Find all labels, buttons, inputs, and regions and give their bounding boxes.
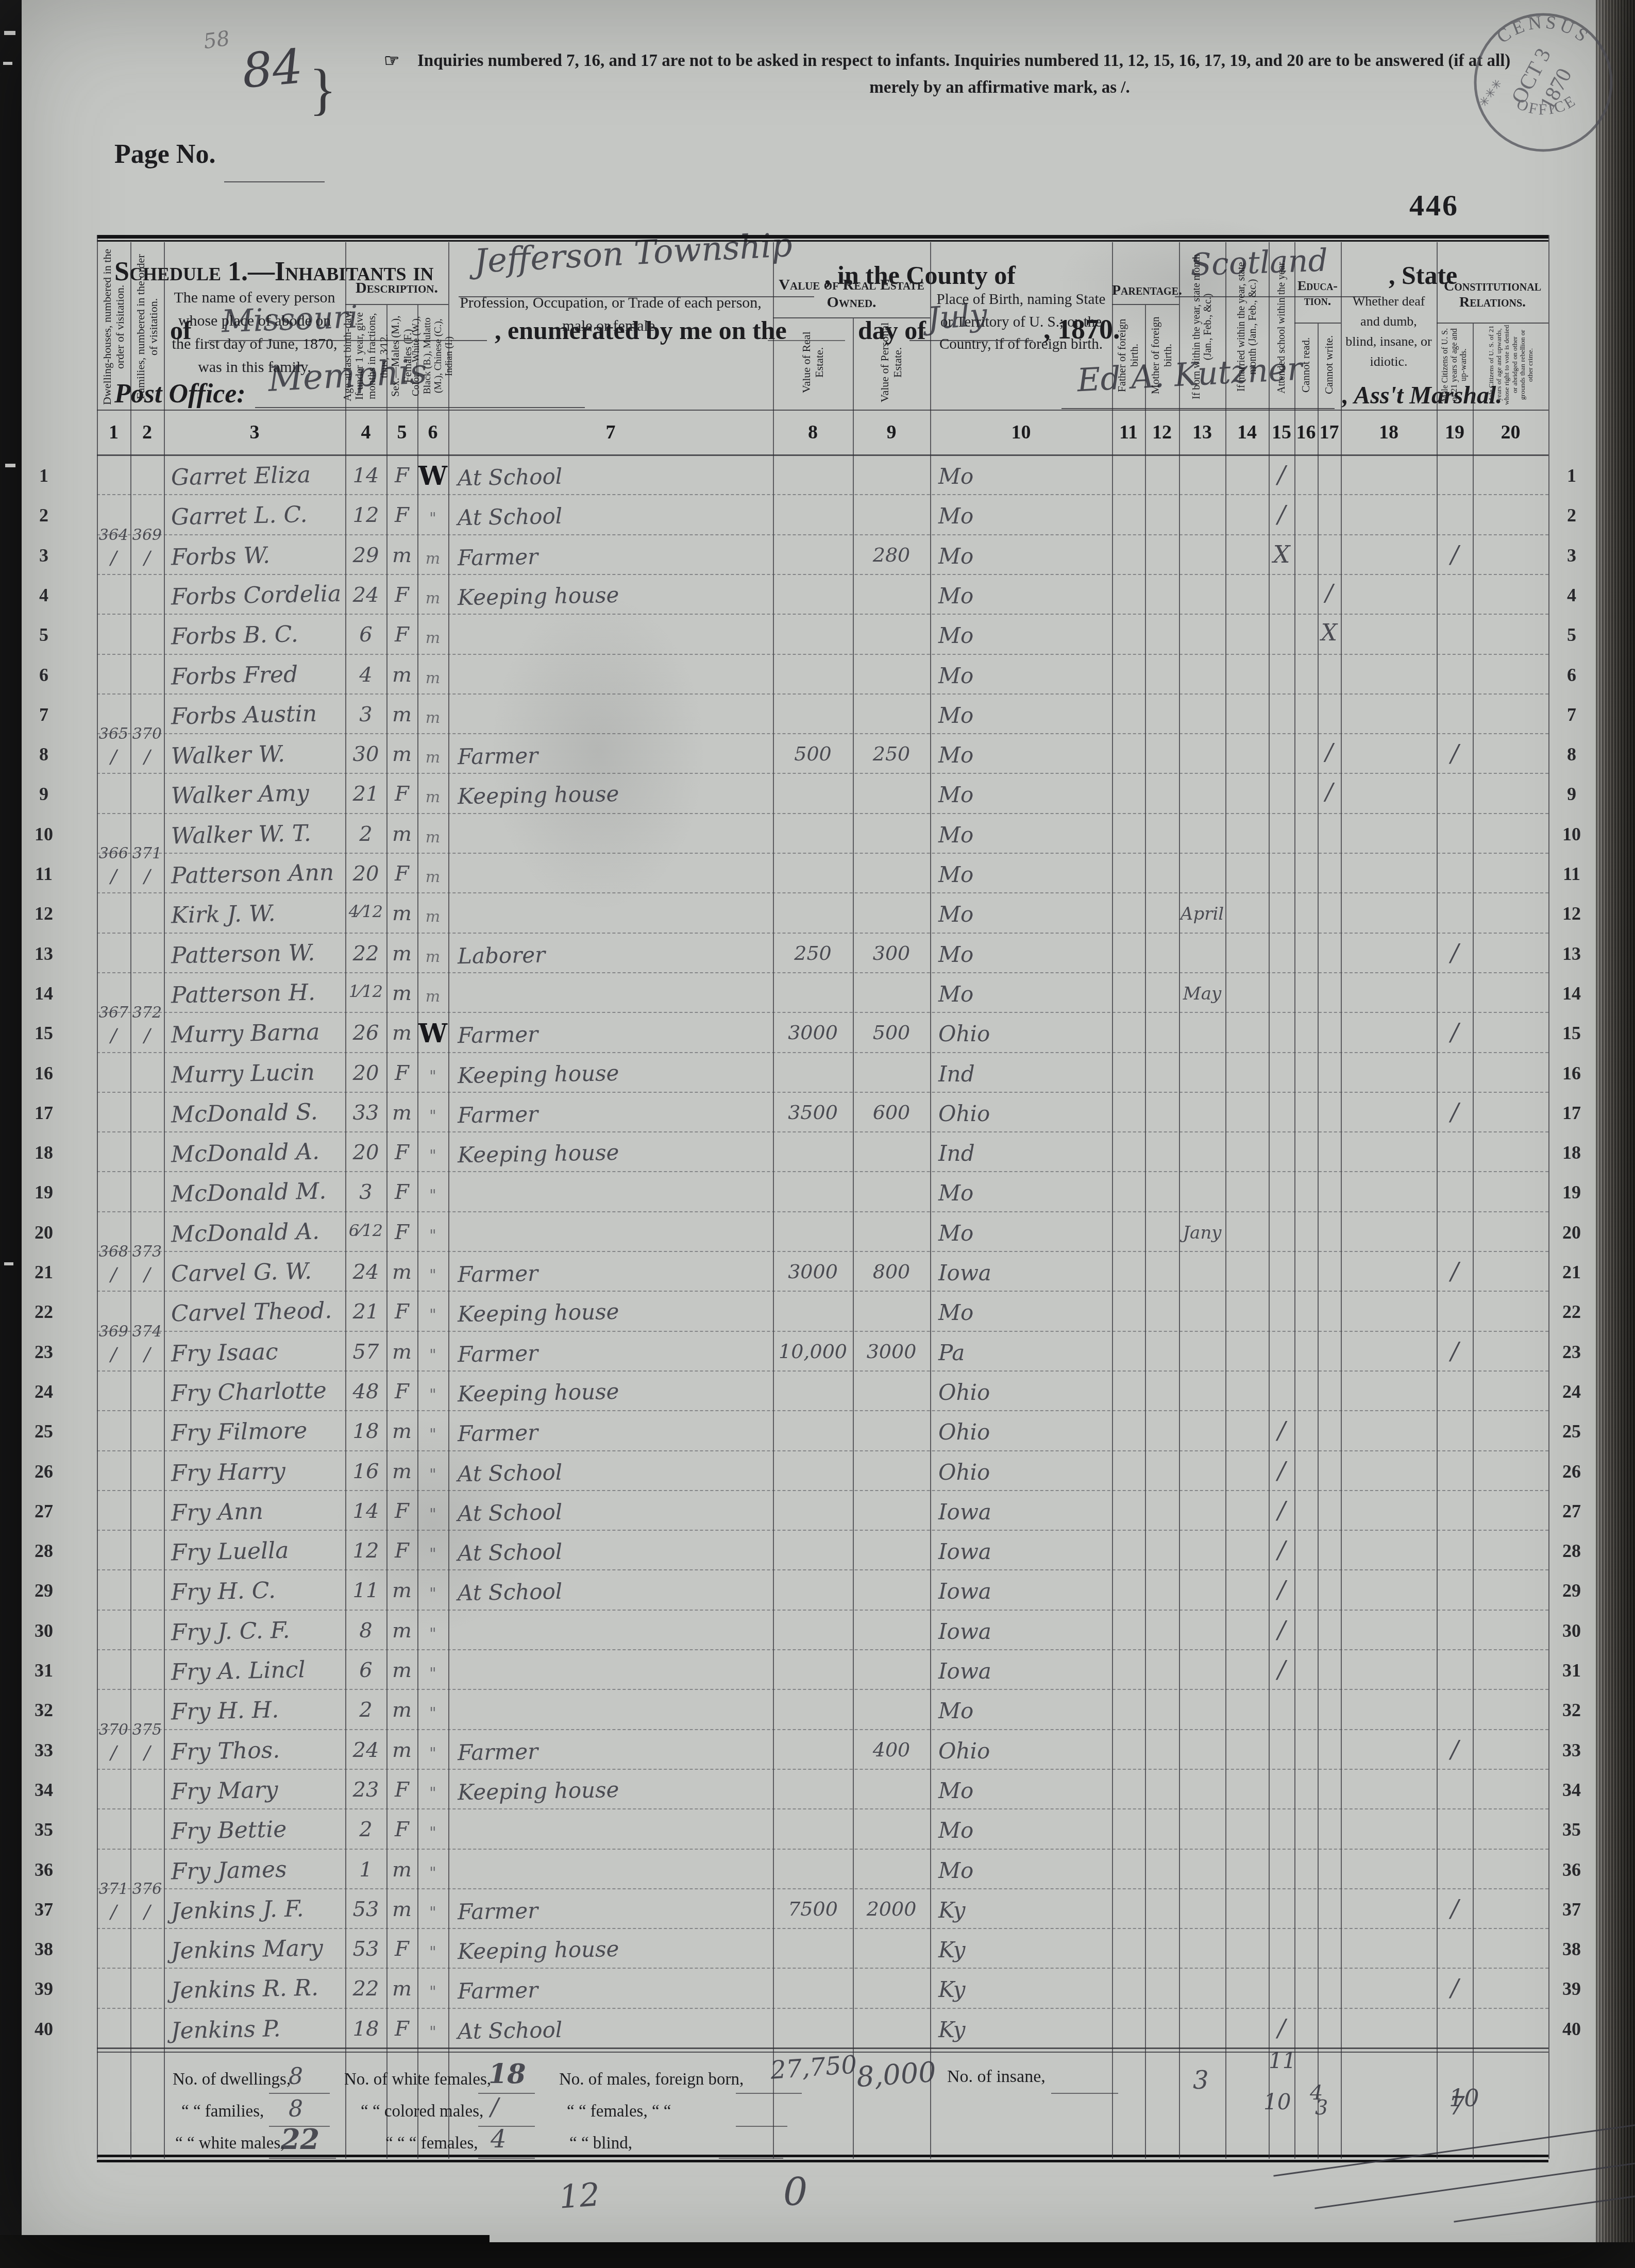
row-30-birthplace: Iowa	[930, 1619, 1120, 1644]
row-number-right-19: 19	[1552, 1181, 1591, 1203]
row-28-school-mark: /	[1269, 1536, 1294, 1564]
row-number-right-35: 35	[1552, 1819, 1591, 1840]
row-3-dwelling: 364	[97, 526, 130, 544]
col-10-number: 10	[930, 421, 1112, 444]
row-17-color: "	[417, 1107, 448, 1125]
row-number-right-12: 12	[1552, 903, 1591, 924]
table-bottom-rule2	[97, 2160, 1548, 2162]
row-11-family: 371	[130, 844, 164, 862]
row-number-left-38: 38	[26, 1938, 62, 1960]
row-6-name: Forbs Fred	[164, 660, 353, 690]
row-13-age: 22	[345, 942, 386, 966]
row-separator-21	[97, 1291, 1548, 1292]
row-24-sex: F	[386, 1380, 417, 1403]
row-10-name: Walker W. T.	[164, 819, 353, 850]
row-28-age: 12	[345, 1539, 386, 1563]
row-1-color: W	[417, 461, 448, 491]
footer-white-females-label: No. of white females,	[344, 2070, 491, 2089]
row-17-name: McDonald S.	[164, 1098, 353, 1128]
row-37-birthplace: Ky	[930, 1898, 1120, 1923]
row-15-family: 372	[130, 1004, 164, 1022]
row-33-dwelling-tally: ∕	[97, 1742, 130, 1764]
row-8-color: m	[417, 749, 448, 767]
insane-blank	[1051, 2093, 1118, 2094]
row-8-family-tally: ∕	[130, 747, 164, 768]
row-30-sex: m	[386, 1619, 417, 1643]
row-38-color: "	[417, 1943, 448, 1961]
row-separator-11	[97, 892, 1548, 893]
row-24-birthplace: Ohio	[930, 1380, 1120, 1405]
row-20-sex: F	[386, 1221, 417, 1244]
row-number-right-4: 4	[1552, 584, 1591, 606]
row-37-dwelling: 371	[97, 1880, 130, 1898]
row-3-dwelling-tally: ∕	[97, 548, 130, 569]
row-26-color: "	[417, 1466, 448, 1484]
personal-estate-total: 8,000	[855, 2056, 937, 2094]
row-27-occupation: At School	[448, 1495, 783, 1526]
row-number-right-30: 30	[1552, 1620, 1591, 1641]
row-number-right-31: 31	[1552, 1660, 1591, 1681]
row-separator-36	[97, 1888, 1548, 1889]
row-13-real-estate: 250	[773, 942, 853, 964]
row-25-school-mark: /	[1269, 1416, 1294, 1444]
row-9-cannot-write-mark: /	[1318, 779, 1341, 805]
row-31-school-mark: /	[1269, 1655, 1294, 1683]
footer-males-foreign-label: No. of males, foreign born,	[559, 2070, 744, 2089]
row-separator-31	[97, 1689, 1548, 1690]
col-15-number: 15	[1269, 421, 1294, 444]
row-number-left-8: 8	[26, 743, 62, 765]
col-6-header: Color.—White (W.), Black (B.), Mulatto (…	[418, 307, 448, 405]
row-3-citizen-mark: /	[1437, 540, 1473, 568]
row-27-school-mark: /	[1269, 1496, 1294, 1524]
row-22-sex: F	[386, 1300, 417, 1324]
row-31-name: Fry A. Lincl	[164, 1655, 353, 1686]
row-number-right-11: 11	[1552, 863, 1591, 885]
row-23-name: Fry Isaac	[164, 1337, 353, 1367]
row-27-sex: F	[386, 1499, 417, 1523]
row-3-family-tally: ∕	[130, 548, 164, 569]
col-18-header: Whether deaf and dumb, blind, insane, or…	[1344, 291, 1434, 371]
row-39-age: 22	[345, 1977, 386, 2001]
row-number-right-5: 5	[1552, 624, 1591, 646]
row-11-sex: F	[386, 862, 417, 886]
row-14-sex: m	[386, 981, 417, 1005]
col-13-header: If born within the year, state month (Ja…	[1179, 248, 1225, 405]
row-28-name: Fry Luella	[164, 1536, 353, 1566]
row-11-dwelling: 366	[97, 844, 130, 862]
total-col15: 10	[1263, 2089, 1291, 2114]
row-3-personal-estate: 280	[853, 544, 930, 566]
row-29-birthplace: Iowa	[930, 1579, 1120, 1604]
row-number-right-36: 36	[1552, 1859, 1591, 1881]
row-separator-27	[97, 1530, 1548, 1531]
row-33-name: Fry Thos.	[164, 1735, 353, 1766]
row-22-age: 21	[345, 1300, 386, 1324]
footer-blind-label: “ “ blind,	[569, 2134, 632, 2153]
row-13-sex: m	[386, 942, 417, 966]
bottom-note-right: 0	[783, 2170, 807, 2214]
row-39-name: Jenkins R. R.	[164, 1974, 353, 2005]
row-21-dwelling: 368	[97, 1243, 130, 1261]
row-28-occupation: At School	[448, 1535, 783, 1566]
row-35-birthplace: Mo	[930, 1818, 1120, 1843]
group-underline-parentage	[1112, 304, 1179, 305]
row-8-name: Walker W.	[164, 739, 353, 770]
row-separator-10	[97, 853, 1548, 854]
row-number-right-15: 15	[1552, 1022, 1591, 1044]
row-28-color: "	[417, 1545, 448, 1563]
col-4-header: Age at last birth-day. If under 1 year, …	[346, 307, 386, 405]
row-separator-12	[97, 933, 1548, 934]
row-23-occupation: Farmer	[448, 1336, 783, 1367]
row-21-real-estate: 3000	[773, 1260, 853, 1283]
row-number-right-29: 29	[1552, 1580, 1591, 1601]
group-header-education: Educa- tion.	[1294, 278, 1341, 308]
row-1-school-mark: /	[1269, 461, 1294, 488]
row-34-age: 23	[345, 1778, 386, 1802]
table-top-rule	[97, 235, 1548, 239]
row-23-age: 57	[345, 1340, 386, 1364]
row-16-sex: F	[386, 1061, 417, 1085]
col-3-number: 3	[164, 421, 345, 444]
row-separator-5	[97, 654, 1548, 655]
row-number-right-37: 37	[1552, 1899, 1591, 1920]
row-14-born-month: May	[1179, 984, 1225, 1004]
row-number-left-31: 31	[26, 1660, 62, 1681]
col-14-header: If married within the year, state month …	[1226, 248, 1268, 405]
row-35-age: 2	[345, 1818, 386, 1841]
row-22-birthplace: Mo	[930, 1300, 1120, 1325]
footer-white-males-label: “ “ white males,	[175, 2134, 285, 2153]
row-16-occupation: Keeping house	[448, 1057, 783, 1088]
row-2-name: Garret L. C.	[164, 500, 353, 531]
group-underline-education	[1294, 323, 1341, 324]
row-28-birthplace: Iowa	[930, 1539, 1120, 1564]
row-24-age: 48	[345, 1380, 386, 1403]
row-33-citizen-mark: /	[1437, 1735, 1473, 1763]
row-number-left-7: 7	[26, 704, 62, 725]
col-2-number: 2	[130, 421, 164, 444]
row-32-birthplace: Mo	[930, 1698, 1120, 1723]
row-number-right-3: 3	[1552, 545, 1591, 566]
row-1-age: 14	[345, 464, 386, 487]
row-number-left-2: 2	[26, 504, 62, 526]
row-23-color: "	[417, 1346, 448, 1364]
row-1-occupation: At School	[448, 460, 783, 490]
row-17-birthplace: Ohio	[930, 1101, 1120, 1126]
row-15-sex: m	[386, 1021, 417, 1045]
row-11-family-tally: ∕	[130, 866, 164, 887]
row-number-left-40: 40	[26, 2018, 62, 2040]
row-number-right-10: 10	[1552, 823, 1591, 845]
row-30-name: Fry J. C. F.	[164, 1616, 353, 1646]
row-2-school-mark: /	[1269, 500, 1294, 528]
row-36-name: Fry James	[164, 1855, 353, 1885]
row-31-birthplace: Iowa	[930, 1658, 1120, 1684]
row-9-color: m	[417, 788, 448, 806]
row-4-occupation: Keeping house	[448, 579, 783, 610]
row-1-name: Garret Eliza	[164, 461, 353, 491]
row-40-occupation: At School	[448, 2013, 783, 2044]
row-3-sex: m	[386, 544, 417, 567]
row-23-birthplace: Pa	[930, 1340, 1120, 1365]
row-13-name: Patterson W.	[164, 939, 353, 969]
row-separator-15	[97, 1052, 1548, 1053]
row-31-sex: m	[386, 1658, 417, 1682]
row-separator-22	[97, 1331, 1548, 1332]
col-7-number: 7	[448, 421, 773, 444]
row-21-sex: m	[386, 1260, 417, 1284]
table-vline-14	[1269, 242, 1270, 2159]
row-15-family-tally: ∕	[130, 1025, 164, 1046]
row-6-color: m	[417, 669, 448, 687]
row-15-occupation: Farmer	[448, 1018, 783, 1048]
row-5-cannot-write-mark: X	[1318, 620, 1341, 646]
row-separator-33	[97, 1769, 1548, 1770]
row-24-occupation: Keeping house	[448, 1376, 783, 1407]
row-number-left-24: 24	[26, 1381, 62, 1402]
table-vline-7	[773, 242, 774, 2159]
row-separator-9	[97, 813, 1548, 814]
row-separator-23	[97, 1370, 1548, 1372]
row-39-color: "	[417, 1983, 448, 2001]
row-33-personal-estate: 400	[853, 1738, 930, 1761]
row-23-family-tally: ∕	[130, 1344, 164, 1365]
row-38-occupation: Keeping house	[448, 1933, 783, 1964]
row-27-name: Fry Ann	[164, 1496, 353, 1527]
table-vline-20	[1548, 235, 1549, 2159]
row-21-birthplace: Iowa	[930, 1260, 1120, 1285]
row-number-right-1: 1	[1552, 465, 1591, 486]
row-13-occupation: Laborer	[448, 938, 783, 969]
row-separator-4	[97, 614, 1548, 615]
row-separator-37	[97, 1928, 1548, 1929]
row-4-sex: F	[386, 583, 417, 607]
row-16-name: Murry Lucin	[164, 1058, 353, 1089]
row-40-color: "	[417, 2023, 448, 2041]
row-number-right-28: 28	[1552, 1540, 1591, 1562]
row-37-sex: m	[386, 1898, 417, 1921]
row-17-real-estate: 3500	[773, 1101, 853, 1124]
row-19-color: "	[417, 1187, 448, 1205]
row-27-birthplace: Iowa	[930, 1499, 1120, 1525]
row-33-family: 375	[130, 1721, 164, 1739]
row-40-age: 18	[345, 2017, 386, 2041]
row-15-dwelling-tally: ∕	[97, 1025, 130, 1046]
row-number-left-33: 33	[26, 1739, 62, 1761]
table-vline-8	[853, 318, 854, 2159]
table-vline-12	[1179, 242, 1180, 2159]
row-33-sex: m	[386, 1738, 417, 1762]
row-number-left-3: 3	[26, 545, 62, 566]
row-10-birthplace: Mo	[930, 822, 1120, 848]
table-vline-11	[1145, 305, 1146, 2159]
row-36-color: "	[417, 1864, 448, 1882]
row-separator-16	[97, 1092, 1548, 1093]
row-5-name: Forbs B. C.	[164, 620, 353, 650]
row-37-personal-estate: 2000	[853, 1898, 930, 1920]
row-3-age: 29	[345, 544, 386, 567]
row-21-age: 24	[345, 1260, 386, 1284]
row-1-birthplace: Mo	[930, 464, 1120, 489]
row-12-sex: m	[386, 902, 417, 925]
row-15-color: W	[417, 1018, 448, 1048]
row-7-sex: m	[386, 703, 417, 726]
row-number-right-40: 40	[1552, 2018, 1591, 2040]
row-number-left-18: 18	[26, 1142, 62, 1163]
row-25-age: 18	[345, 1419, 386, 1443]
row-40-birthplace: Ky	[930, 2017, 1120, 2042]
row-22-color: "	[417, 1306, 448, 1324]
footer-blank	[478, 2126, 535, 2127]
row-number-right-6: 6	[1552, 664, 1591, 686]
row-40-school-mark: /	[1269, 2014, 1294, 2042]
row-number-right-34: 34	[1552, 1779, 1591, 1801]
row-3-school-mark: X	[1269, 540, 1294, 568]
row-3-family: 369	[130, 526, 164, 544]
row-23-dwelling: 369	[97, 1323, 130, 1341]
row-11-birthplace: Mo	[930, 862, 1120, 887]
census-table: Description.Value of Real Estate Owned.P…	[0, 0, 1635, 2268]
row-6-sex: m	[386, 663, 417, 687]
row-number-left-17: 17	[26, 1102, 62, 1124]
row-25-occupation: Farmer	[448, 1416, 783, 1447]
row-21-family-tally: ∕	[130, 1264, 164, 1285]
col-12-header: Mother of foreign birth.	[1145, 306, 1178, 405]
row-number-left-4: 4	[26, 584, 62, 606]
row-29-school-mark: /	[1269, 1576, 1294, 1603]
row-24-color: "	[417, 1386, 448, 1404]
row-separator-7	[97, 733, 1548, 734]
row-number-left-29: 29	[26, 1580, 62, 1601]
row-29-sex: m	[386, 1579, 417, 1602]
row-number-right-7: 7	[1552, 704, 1591, 725]
row-13-birthplace: Mo	[930, 942, 1120, 967]
row-4-age: 24	[345, 583, 386, 607]
row-6-age: 4	[345, 663, 386, 687]
row-number-left-12: 12	[26, 903, 62, 924]
row-26-occupation: At School	[448, 1455, 783, 1486]
col-7-header: Profession, Occupation, or Trade of each…	[453, 291, 768, 337]
row-32-sex: m	[386, 1698, 417, 1722]
row-number-right-23: 23	[1552, 1341, 1591, 1363]
row-21-citizen-mark: /	[1437, 1257, 1473, 1285]
row-26-name: Fry Harry	[164, 1457, 353, 1487]
row-number-right-18: 18	[1552, 1142, 1591, 1163]
row-17-sex: m	[386, 1101, 417, 1125]
row-number-right-21: 21	[1552, 1261, 1591, 1283]
row-10-age: 2	[345, 822, 386, 846]
row-15-dwelling: 367	[97, 1004, 130, 1022]
row-1-sex: F	[386, 464, 417, 487]
row-number-left-11: 11	[26, 863, 62, 885]
row-34-name: Fry Mary	[164, 1775, 353, 1805]
row-number-right-33: 33	[1552, 1739, 1591, 1761]
row-separator-14	[97, 1012, 1548, 1013]
footer-blank	[269, 2158, 336, 2159]
row-27-color: "	[417, 1505, 448, 1524]
row-40-name: Jenkins P.	[164, 2014, 353, 2044]
row-12-born-month: April	[1179, 904, 1225, 924]
row-28-sex: F	[386, 1539, 417, 1563]
row-number-left-6: 6	[26, 664, 62, 686]
table-vline-15	[1294, 242, 1295, 2159]
row-number-right-14: 14	[1552, 983, 1591, 1004]
col-9-number: 9	[853, 421, 930, 444]
row-2-sex: F	[386, 503, 417, 527]
table-vline-18	[1437, 242, 1438, 2159]
row-29-color: "	[417, 1585, 448, 1603]
col-17-header: Cannot write.	[1318, 325, 1340, 405]
footer-blank	[736, 2093, 802, 2094]
table-vline-19	[1473, 324, 1474, 2159]
row-19-name: McDonald M.	[164, 1178, 353, 1208]
row-separator-26	[97, 1490, 1548, 1491]
row-number-left-26: 26	[26, 1461, 62, 1482]
row-separator-29	[97, 1610, 1548, 1611]
col-19-header: Male Citizens of U. S. of 21 years of ag…	[1437, 325, 1472, 405]
col-18-number: 18	[1341, 421, 1437, 444]
row-35-sex: F	[386, 1818, 417, 1841]
col-1-header: Dwelling-houses, numbered in the order o…	[97, 248, 130, 405]
row-34-color: "	[417, 1784, 448, 1802]
row-2-occupation: At School	[448, 500, 783, 531]
col-11-number: 11	[1112, 421, 1145, 444]
row-16-birthplace: Ind	[930, 1061, 1120, 1087]
row-8-birthplace: Mo	[930, 742, 1120, 768]
row-5-color: m	[417, 629, 448, 647]
row-37-color: "	[417, 1904, 448, 1922]
row-4-birthplace: Mo	[930, 583, 1120, 608]
row-separator-32	[97, 1729, 1548, 1730]
row-38-birthplace: Ky	[930, 1937, 1120, 1962]
row-23-real-estate: 10,000	[773, 1340, 853, 1363]
row-11-age: 20	[345, 862, 386, 886]
row-20-color: "	[417, 1227, 448, 1245]
row-39-sex: m	[386, 1977, 417, 2001]
row-13-color: m	[417, 948, 448, 966]
row-25-name: Fry Filmore	[164, 1416, 353, 1447]
row-4-cannot-write-mark: /	[1318, 580, 1341, 606]
total-col16: 3	[1315, 2096, 1328, 2120]
row-number-left-10: 10	[26, 823, 62, 845]
row-13-citizen-mark: /	[1437, 939, 1473, 967]
row-3-name: Forbs W.	[164, 540, 353, 571]
group-header-description: Description.	[345, 279, 448, 297]
col-2-header: Families, numbered in the order of visit…	[131, 248, 163, 405]
col-8-header: Value of Real Estate.	[773, 319, 852, 405]
row-separator-35	[97, 1849, 1548, 1850]
row-36-sex: m	[386, 1858, 417, 1882]
col-4-number: 4	[345, 421, 386, 444]
footer-blank	[478, 2158, 535, 2159]
col-11-header: Father of foreign birth.	[1113, 306, 1144, 405]
row-15-personal-estate: 500	[853, 1021, 930, 1044]
row-7-color: m	[417, 709, 448, 727]
row-number-right-38: 38	[1552, 1938, 1591, 1960]
row-number-right-8: 8	[1552, 743, 1591, 765]
row-8-personal-estate: 250	[853, 742, 930, 765]
row-separator-34	[97, 1808, 1548, 1809]
row-number-right-2: 2	[1552, 504, 1591, 526]
row-33-family-tally: ∕	[130, 1742, 164, 1764]
row-26-sex: m	[386, 1460, 417, 1483]
row-37-occupation: Farmer	[448, 1893, 783, 1924]
row-number-left-19: 19	[26, 1181, 62, 1203]
col-3-header: The name of every person whose place of …	[168, 286, 341, 379]
row-separator-13	[97, 972, 1548, 973]
